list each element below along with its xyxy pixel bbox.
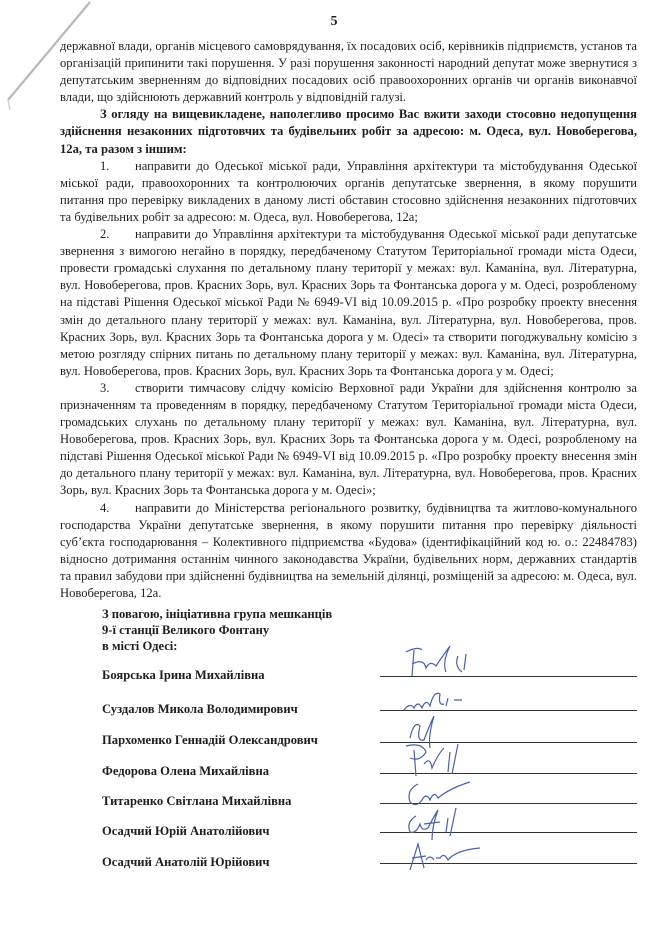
signer-name: Осадчий Юрій Анатолійович: [102, 824, 270, 839]
signature-mark: [400, 836, 490, 876]
signature-mark: [400, 642, 490, 682]
list-item: 4.направити до Міністерства регіональног…: [60, 500, 637, 603]
closing-line: 9-ї станції Великого Фонтану: [102, 622, 332, 638]
list-item-number: 1.: [100, 158, 135, 175]
closing-block: З повагою, ініціативна група мешканців 9…: [102, 606, 332, 654]
list-item-number: 3.: [100, 380, 135, 397]
closing-line: в місті Одесі:: [102, 638, 332, 654]
list-item-text: направити до Міністерства регіонального …: [60, 501, 637, 600]
signature-mark: [400, 740, 490, 780]
signer-name: Федорова Олена Михайлівна: [102, 764, 269, 779]
signer-name: Пархоменко Геннадій Олександрович: [102, 733, 318, 748]
list-item-text: створити тимчасову слідчу комісію Верхов…: [60, 381, 637, 498]
signer-name: Осадчий Анатолій Юрійович: [102, 855, 270, 870]
page-number: 5: [0, 14, 668, 30]
continuation-paragraph: державної влади, органів місцевого самов…: [60, 38, 637, 106]
closing-line: З повагою, ініціативна група мешканців: [102, 606, 332, 622]
list-item: 2.направити до Управління архітектури та…: [60, 226, 637, 380]
list-item-text: направити до Одеської міської ради, Упра…: [60, 159, 637, 224]
signer-name: Титаренко Світлана Михайлівна: [102, 794, 291, 809]
letter-body: державної влади, органів місцевого самов…: [60, 38, 637, 602]
list-item-number: 2.: [100, 226, 135, 243]
list-item-text: направити до Управління архітектури та м…: [60, 227, 637, 378]
request-paragraph: З огляду на вищевикладене, наполегливо п…: [60, 106, 637, 157]
list-item: 1.направити до Одеської міської ради, Уп…: [60, 158, 637, 226]
list-item: 3.створити тимчасову слідчу комісію Верх…: [60, 380, 637, 500]
signer-name: Боярська Ірина Михайлівна: [102, 668, 265, 683]
list-item-number: 4.: [100, 500, 135, 517]
signer-name: Суздалов Микола Володимирович: [102, 702, 298, 717]
